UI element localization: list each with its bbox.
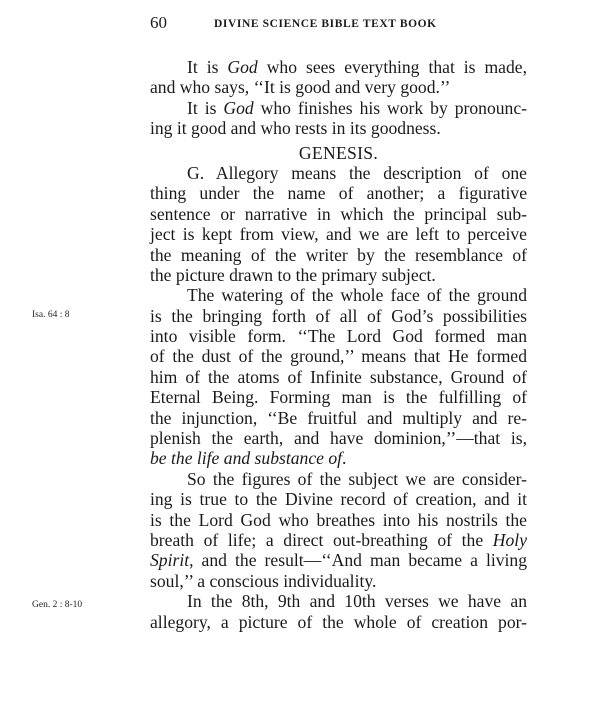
text-line: In the 8th, 9th and 10th verses we have …: [150, 591, 527, 611]
text-line: ing it good and who rests in its goodnes…: [150, 118, 527, 138]
margin-note-genesis: Gen. 2 : 8-10: [32, 599, 122, 611]
text-line: into visible form. ‘‘The Lord God formed…: [150, 326, 527, 346]
text-line: soul,’’ a conscious individuality.: [150, 571, 527, 591]
text-line: Eternal Being. Forming man is the fulfil…: [150, 387, 527, 407]
text-line: G. Allegory means the description of one: [150, 163, 527, 183]
text-line: the meaning of the writer by the resembl…: [150, 245, 527, 265]
emphasis: God: [223, 98, 253, 118]
text-line: It is God who finishes his work by prono…: [150, 98, 527, 118]
paragraph: G. Allegory means the description of one…: [150, 163, 527, 285]
text-line: plenish the earth, and have dominion,’’—…: [150, 428, 527, 448]
paragraph: The watering of the whole face of the gr…: [150, 285, 527, 469]
paragraph: In the 8th, 9th and 10th verses we have …: [150, 591, 527, 632]
emphasis: God: [227, 57, 257, 77]
emphasis: Holy: [493, 530, 527, 550]
text-line: is the bringing forth of all of God’s po…: [150, 306, 527, 326]
text-line: So the figures of the subject we are con…: [150, 469, 527, 489]
emphasis: Spirit,: [150, 550, 194, 570]
text-line: him of the atoms of Infinite substance, …: [150, 367, 527, 387]
margin-note-isaiah: Isa. 64 : 8: [32, 309, 122, 321]
section-heading: GENESIS.: [150, 143, 527, 163]
text-line: is the Lord God who breathes into his no…: [150, 510, 527, 530]
text-line: breath of life; a direct out-breathing o…: [150, 530, 527, 550]
text-line: the injunction, ‘‘Be fruitful and multip…: [150, 408, 527, 428]
text-line: the picture drawn to the primary subject…: [150, 265, 527, 285]
body-text: It is God who sees everything that is ma…: [150, 57, 527, 632]
text-line: sentence or narrative in which the princ…: [150, 204, 527, 224]
text-line: thing under the name of another; a figur…: [150, 183, 527, 203]
text-line: allegory, a picture of the whole of crea…: [150, 612, 527, 632]
text-line: of the dust of the ground,’’ means that …: [150, 346, 527, 366]
text-line: Spirit, and the result—‘‘And man became …: [150, 550, 527, 570]
text-line: The watering of the whole face of the gr…: [150, 285, 527, 305]
running-title: DIVINE SCIENCE BIBLE TEXT BOOK: [214, 16, 437, 32]
paragraph: It is God who sees everything that is ma…: [150, 57, 527, 98]
text-line: be the life and substance of.: [150, 448, 527, 468]
text-line: and who says, ‘‘It is good and very good…: [150, 77, 527, 97]
paragraph: So the figures of the subject we are con…: [150, 469, 527, 591]
page-number: 60: [150, 13, 167, 33]
emphasis: be the life and substance of: [150, 448, 342, 468]
page-header: 60 DIVINE SCIENCE BIBLE TEXT BOOK: [150, 13, 530, 35]
text-line: ject is kept from view, and we are left …: [150, 224, 527, 244]
text-line: ing is true to the Divine record of crea…: [150, 489, 527, 509]
text-line: It is God who sees everything that is ma…: [150, 57, 527, 77]
paragraph: It is God who finishes his work by prono…: [150, 98, 527, 139]
